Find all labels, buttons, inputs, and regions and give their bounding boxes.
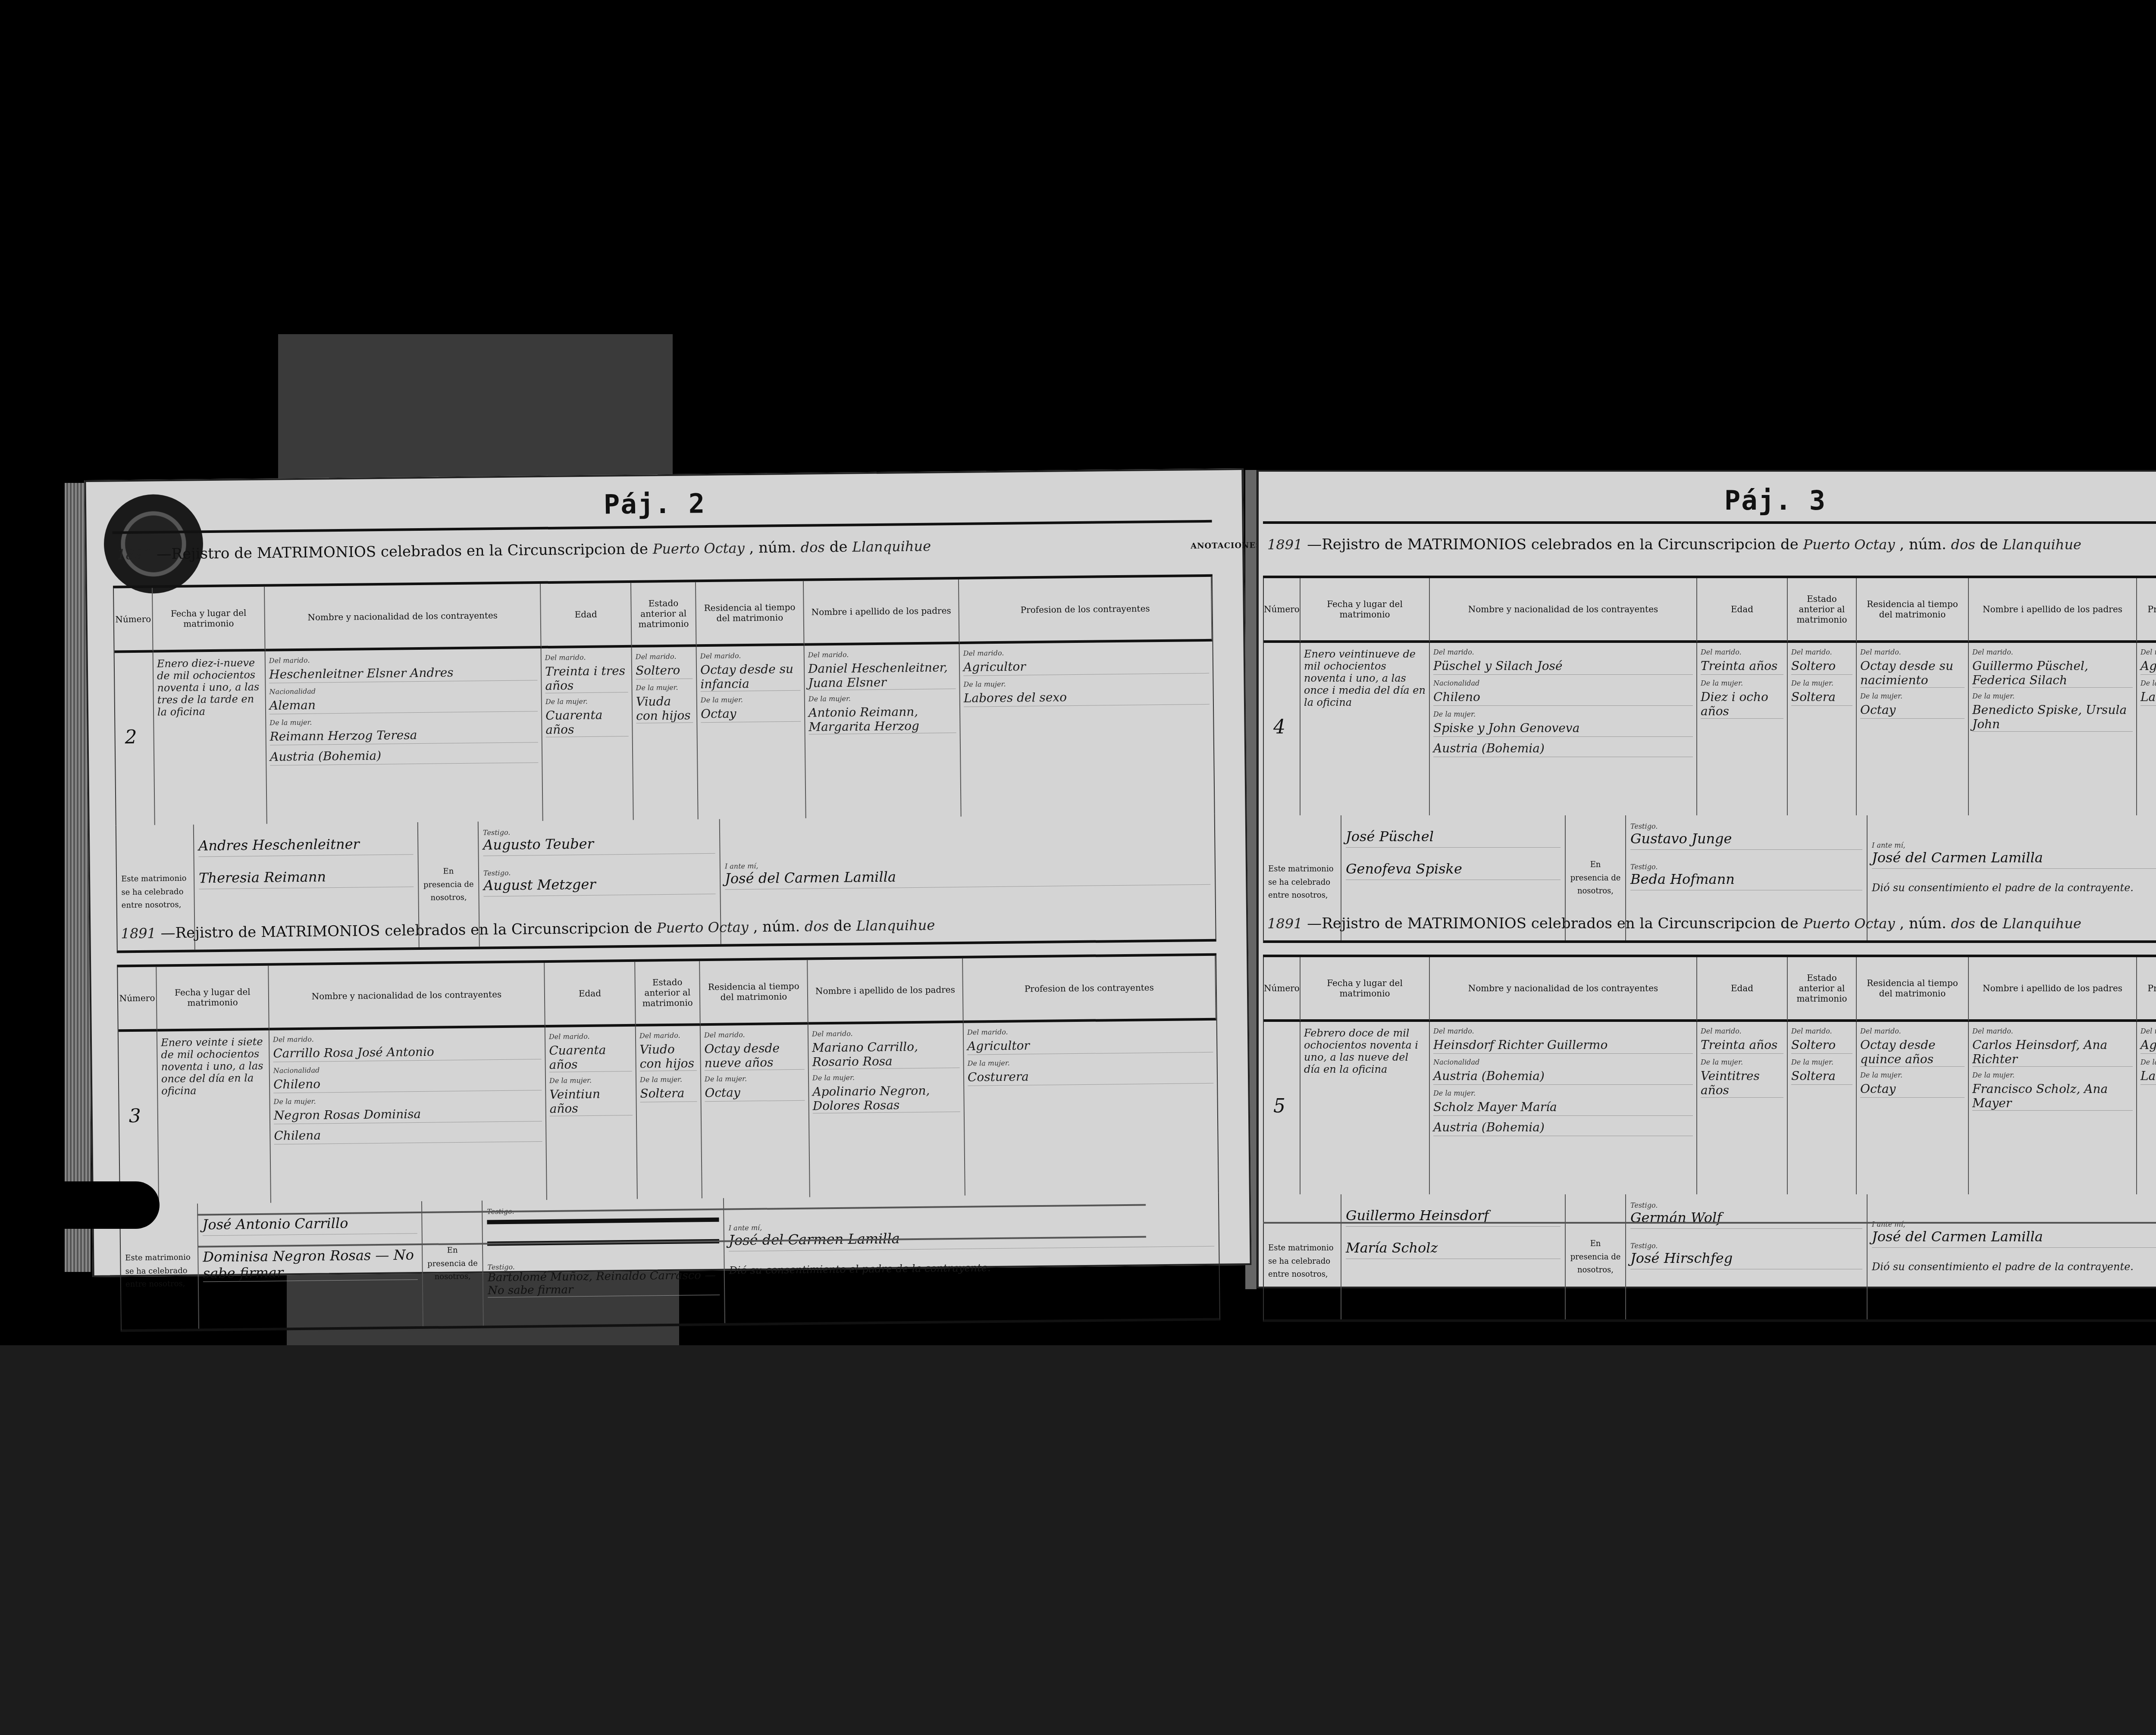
circunscripcion: Puerto Octay: [1803, 915, 1895, 932]
label-wife: De la mujer.: [273, 1095, 542, 1106]
witness-1: Gustavo Junge: [1630, 830, 1862, 850]
label-husband: Del marido.: [1791, 648, 1852, 656]
wife-parents: Antonio Reimann, Margarita Herzog: [808, 704, 956, 735]
label-wife: De la mujer.: [1972, 692, 2133, 700]
witness-2: August Metzger: [483, 875, 715, 897]
wife-name: Negron Rosas Dominisa: [274, 1106, 542, 1124]
label-husband: Del marido.: [1701, 1027, 1783, 1035]
label-witness: Testigo.: [1630, 822, 1862, 830]
cell-edad: Del marido. Treinta años De la mujer. Di…: [1697, 643, 1788, 815]
wife-residence: Octay: [1860, 703, 1965, 719]
col-header-estado: Estado anterior al matrimonio: [631, 582, 697, 648]
label-husband: Del marido.: [1972, 648, 2133, 656]
label-husband: Del marido.: [1433, 648, 1693, 656]
label-husband: Del marido.: [2140, 648, 2156, 656]
cell-residencia: Del marido. Octay desde quince años De l…: [1857, 1022, 1969, 1194]
num-label: , núm.: [753, 918, 800, 936]
de-label: de: [834, 918, 852, 935]
col-header-profesion: Profesion de los contrayentes: [2137, 957, 2156, 1022]
col-header-nombre: Nombre y nacionalidad de los contrayente…: [265, 584, 542, 651]
department: Llanquihue: [2002, 915, 2081, 932]
page-footer-rule: [1263, 1222, 2156, 1232]
husband-status: Soltero: [1791, 1038, 1852, 1054]
label-witness: Testigo.: [1630, 1201, 1862, 1209]
col-header-nombre: Nombre y nacionalidad de los contrayente…: [1430, 957, 1697, 1022]
col-header-residencia: Residencia al tiempo del matrimonio: [696, 581, 805, 647]
label-husband: Del marido.: [639, 1031, 696, 1040]
cell-numero: 4: [1264, 643, 1300, 815]
department: Llanquihue: [852, 538, 931, 555]
cell-profesion: Del marido. Agricultor De la mujer. Labo…: [2137, 1022, 2156, 1194]
label-wife: De la mujer.: [1791, 1058, 1852, 1066]
label-husband: Del marido.: [1860, 1027, 1965, 1035]
cell-residencia: Del marido. Octay desde su nacimiento De…: [1857, 643, 1969, 815]
husband-nationality: Austria (Bohemia): [1433, 1069, 1693, 1085]
label-witness: Testigo.: [1630, 1242, 1862, 1250]
label-husband: Del marido.: [1972, 1027, 2133, 1035]
marriage-entry: 1891 —Rejistro de MATRIMONIOS celebrados…: [116, 902, 1220, 1332]
cell-profesion: Del marido. Agricultor De la mujer. Cost…: [964, 1021, 1218, 1196]
entry-table: Número Fecha y lugar del matrimonio Nomb…: [117, 956, 1219, 1205]
col-header-padres: Nombre i apellido de los padres: [808, 958, 964, 1025]
label-wife: De la mujer.: [269, 716, 538, 727]
entry-header: 1891 —Rejistro de MATRIMONIOS celebrados…: [1263, 521, 2156, 578]
wife-nationality: Chilena: [274, 1126, 542, 1145]
wife-age: Diez i ocho años: [1701, 690, 1783, 719]
num-label: , núm.: [1899, 536, 1946, 553]
husband-age: Treinta años: [1701, 659, 1783, 675]
col-header-padres: Nombre i apellido de los padres: [1969, 578, 2137, 643]
cell-fecha: Enero diez-i-nueve de mil ochocientos no…: [154, 651, 267, 825]
wife-signature: Theresia Reimann: [199, 867, 414, 889]
label-husband: Del marido.: [700, 651, 800, 660]
label-nationality: Nacionalidad: [1433, 1058, 1693, 1066]
col-header-profesion: Profesion de los contrayentes: [963, 956, 1216, 1023]
label-husband: Del marido.: [545, 653, 628, 662]
wife-status: Viuda con hijos: [636, 694, 693, 723]
label-wife: De la mujer.: [701, 695, 801, 704]
husband-name: Carrillo Rosa José Antonio: [273, 1043, 541, 1062]
num-value: dos: [805, 918, 829, 935]
col-header-numero: Número: [1264, 957, 1300, 1022]
cell-estado: Del marido. Soltero De la mujer. Soltera: [1788, 1022, 1857, 1194]
label-before-me: I ante mí,: [1872, 841, 2156, 849]
cell-residencia: Del marido. Octay desde nueve años De la…: [701, 1025, 810, 1199]
entry-table: Número Fecha y lugar del matrimonio Nomb…: [1263, 578, 2156, 815]
husband-status: Soltero: [636, 663, 693, 679]
label-wife: De la mujer.: [808, 693, 956, 703]
num-value: dos: [1951, 915, 1975, 932]
label-wife: De la mujer.: [1972, 1071, 2133, 1079]
label-wife: De la mujer.: [636, 683, 693, 692]
wife-status: Soltera: [1791, 1069, 1852, 1085]
cell-estado: Del marido. Viudo con hijos De la mujer.…: [636, 1026, 702, 1199]
wife-parents: Francisco Scholz, Ana Mayer: [1972, 1082, 2133, 1111]
wife-status: Soltera: [640, 1086, 697, 1102]
husband-residence: Octay desde su infancia: [700, 662, 801, 692]
label-wife: De la mujer.: [812, 1072, 960, 1082]
spouse-signatures: Guillermo Heinsdorf María Scholz: [1341, 1194, 1566, 1319]
entry-year: 1891: [1267, 915, 1302, 932]
col-header-fecha: Fecha y lugar del matrimonio: [1300, 578, 1430, 643]
signature-row: Este matrimonio se ha celebrado entre no…: [1263, 1194, 2156, 1322]
husband-residence: Octay desde quince años: [1860, 1038, 1965, 1067]
col-header-estado: Estado anterior al matrimonio: [1788, 578, 1857, 643]
register-title: —Rejistro de MATRIMONIOS celebrados en l…: [160, 919, 652, 942]
cell-nombre: Del marido. Carrillo Rosa José Antonio N…: [269, 1027, 547, 1203]
cell-numero: 2: [115, 652, 155, 825]
cell-fecha: Enero veintinueve de mil ochocientos nov…: [1300, 643, 1430, 815]
husband-residence: Octay desde su nacimiento: [1860, 659, 1965, 688]
col-header-estado: Estado anterior al matrimonio: [635, 961, 701, 1027]
circunscripcion: Puerto Octay: [1803, 536, 1895, 553]
wife-name: Reimann Herzog Teresa: [269, 727, 538, 745]
cell-nombre: Del marido. Heschenleitner Elsner Andres…: [266, 648, 543, 824]
marriage-entry: 1891 —Rejistro de MATRIMONIOS celebrados…: [1263, 903, 2156, 1322]
page-number: Páj. 3: [1724, 485, 1826, 516]
background-card-top: [278, 334, 673, 481]
wife-signature: Genofeva Spiske: [1346, 861, 1561, 880]
husband-profession: Agricultor: [967, 1037, 1213, 1055]
de-label: de: [1980, 915, 1998, 932]
wife-age: Veintitres años: [1701, 1069, 1783, 1098]
cell-padres: Del marido. Guillermo Püschel, Federica …: [1969, 643, 2137, 815]
husband-profession: Agricultor: [2140, 1038, 2156, 1054]
label-husband: Del marido.: [2140, 1027, 2156, 1035]
wife-profession: Labores del sexo: [964, 689, 1210, 707]
cell-nombre: Del marido. Heinsdorf Richter Guillermo …: [1430, 1022, 1697, 1194]
label-wife: De la mujer.: [968, 1057, 1213, 1068]
husband-nationality: Aleman: [269, 695, 538, 714]
label-wife: De la mujer.: [1860, 692, 1965, 700]
label-nationality: Nacionalidad: [269, 685, 537, 696]
cell-edad: Del marido. Treinta años De la mujer. Ve…: [1697, 1022, 1788, 1194]
col-header-fecha: Fecha y lugar del matrimonio: [153, 587, 266, 653]
cell-padres: Del marido. Mariano Carrillo, Rosario Ro…: [808, 1023, 965, 1197]
marriage-entry: 1891 —Rejistro de MATRIMONIOS celebrados…: [113, 520, 1216, 953]
page-number: Páj. 2: [604, 488, 706, 520]
label-husband: Del marido.: [1860, 648, 1965, 656]
wife-nationality: Austria (Bohemia): [1433, 741, 1693, 757]
label-wife: De la mujer.: [1433, 1089, 1693, 1097]
cell-numero: 3: [119, 1031, 159, 1204]
husband-profession: Agricultor: [2140, 659, 2156, 675]
label-husband: Del marido.: [1791, 1027, 1852, 1035]
label-wife: De la mujer.: [640, 1075, 697, 1084]
entry-header: 1891 —Rejistro de MATRIMONIOS celebrados…: [113, 520, 1213, 589]
husband-status: Soltero: [1791, 659, 1852, 675]
col-header-padres: Nombre i apellido de los padres: [1969, 957, 2137, 1022]
col-header-estado: Estado anterior al matrimonio: [1788, 957, 1857, 1022]
cell-residencia: Del marido. Octay desde su infancia De l…: [697, 646, 806, 820]
label-husband: Del marido.: [636, 652, 693, 661]
officer-name: José del Carmen Lamilla: [1872, 849, 2156, 869]
label-husband: Del marido.: [967, 1026, 1213, 1037]
label-celebrated: Este matrimonio se ha celebrado entre no…: [1264, 1194, 1341, 1319]
department: Llanquihue: [2002, 536, 2081, 553]
husband-nationality: Chileno: [1433, 690, 1693, 706]
label-wife: De la mujer.: [1791, 679, 1852, 687]
register-title: —Rejistro de MATRIMONIOS celebrados en l…: [157, 540, 648, 563]
num-value: dos: [1951, 536, 1975, 553]
cell-edad: Del marido. Cuarenta años De la mujer. V…: [545, 1027, 638, 1200]
wife-residence: Octay: [701, 706, 801, 723]
witness-2: José Hirschfeg: [1630, 1250, 1862, 1269]
col-header-padres: Nombre i apellido de los padres: [804, 579, 960, 646]
register-title: —Rejistro de MATRIMONIOS celebrados en l…: [1307, 536, 1799, 553]
col-header-residencia: Residencia al tiempo del matrimonio: [700, 960, 808, 1026]
label-husband: Del marido.: [1433, 1027, 1693, 1035]
entry-number: 4: [1273, 716, 1285, 738]
label-husband: Del marido.: [963, 647, 1209, 658]
officer-signature: I ante mí, José del Carmen Lamilla Dió s…: [1868, 1194, 2156, 1319]
register-page-left: Páj. 2 ANOTACIONES 1891 —Rejistro de MAT…: [84, 468, 1251, 1277]
label-wife: De la mujer.: [549, 1076, 632, 1085]
husband-name: Püschel y Silach José: [1433, 659, 1693, 675]
cell-padres: Del marido. Daniel Heschenleitner, Juana…: [805, 644, 962, 818]
col-header-edad: Edad: [1697, 957, 1788, 1022]
col-header-numero: Número: [1264, 578, 1300, 643]
husband-parents: Daniel Heschenleitner, Juana Elsner: [808, 660, 956, 691]
cell-estado: Del marido. Soltero De la mujer. Viuda c…: [632, 647, 699, 820]
col-header-residencia: Residencia al tiempo del matrimonio: [1857, 578, 1969, 643]
date-place: Enero veinte i siete de mil ochocientos …: [161, 1036, 266, 1097]
wife-profession: Costurera: [968, 1068, 1213, 1086]
cell-edad: Del marido. Treinta i tres años De la mu…: [542, 648, 634, 821]
col-header-profesion: Profesion de los contrayentes: [2137, 578, 2156, 643]
cell-profesion: Del marido. Agricultor De la mujer. Labo…: [2137, 643, 2156, 815]
wife-status: Soltera: [1791, 690, 1852, 706]
date-place: Febrero doce de mil ochocientos noventa …: [1304, 1027, 1426, 1075]
wife-profession: Labores del sexo: [2140, 1069, 2156, 1085]
col-header-fecha: Fecha y lugar del matrimonio: [1300, 957, 1430, 1022]
wife-profession: Labores del sexo: [2140, 690, 2156, 706]
entry-table: Número Fecha y lugar del matrimonio Nomb…: [1263, 957, 2156, 1194]
label-husband: Del marido.: [273, 1033, 541, 1044]
entry-year: 1891: [117, 546, 152, 563]
husband-name: Heschenleitner Elsner Andres: [269, 664, 537, 683]
label-husband: Del marido.: [808, 649, 956, 659]
witness-signatures: Testigo. Germán Wolf Testigo. José Hirsc…: [1626, 1194, 1868, 1319]
label-wife: De la mujer.: [1433, 710, 1693, 718]
husband-profession: Agricultor: [963, 658, 1209, 676]
cell-profesion: Del marido. Agricultor De la mujer. Labo…: [959, 642, 1214, 817]
circunscripcion: Puerto Octay: [653, 540, 745, 557]
col-header-nombre: Nombre y nacionalidad de los contrayente…: [269, 963, 545, 1030]
cell-nombre: Del marido. Püschel y Silach José Nacion…: [1430, 643, 1697, 815]
wife-nationality: Austria (Bohemia): [270, 747, 538, 766]
label-wife: De la mujer.: [1701, 679, 1783, 687]
col-header-numero: Número: [114, 588, 154, 653]
label-nationality: Nacionalidad: [1433, 679, 1693, 687]
cell-fecha: Febrero doce de mil ochocientos noventa …: [1300, 1022, 1430, 1194]
wife-age: Cuarenta años: [545, 708, 629, 737]
de-label: de: [829, 539, 847, 556]
label-wife: De la mujer.: [2140, 679, 2156, 687]
label-husband: Del marido.: [1701, 648, 1783, 656]
husband-age: Treinta i tres años: [545, 664, 628, 693]
entry-year: 1891: [1267, 536, 1302, 553]
cell-estado: Del marido. Soltero De la mujer. Soltera: [1788, 643, 1857, 815]
wife-residence: Octay: [705, 1085, 805, 1102]
label-witness: Testigo.: [1630, 863, 1862, 871]
label-wife: De la mujer.: [1701, 1058, 1783, 1066]
col-header-edad: Edad: [1697, 578, 1788, 643]
husband-parents: Carlos Heinsdorf, Ana Richter: [1972, 1038, 2133, 1067]
num-label: , núm.: [1899, 915, 1946, 932]
husband-age: Cuarenta años: [549, 1043, 632, 1072]
num-value: dos: [801, 539, 825, 556]
husband-nationality: Chileno: [273, 1074, 542, 1093]
husband-parents: Mariano Carrillo, Rosario Rosa: [812, 1039, 960, 1070]
entry-number: 5: [1273, 1095, 1285, 1117]
cell-numero: 5: [1264, 1022, 1300, 1194]
date-place: Enero diez-i-nueve de mil ochocientos no…: [157, 657, 262, 718]
label-husband: Del marido.: [704, 1030, 804, 1039]
entry-year: 1891: [121, 925, 156, 942]
label-wife: De la mujer.: [545, 697, 628, 706]
register-title: —Rejistro de MATRIMONIOS celebrados en l…: [1307, 915, 1799, 932]
wife-name: Spiske y John Genoveva: [1433, 721, 1693, 737]
husband-residence: Octay desde nueve años: [704, 1041, 805, 1071]
page-clip-left: [65, 1181, 160, 1229]
husband-signature: Andres Heschenleitner: [198, 835, 413, 857]
cell-padres: Del marido. Carlos Heinsdorf, Ana Richte…: [1969, 1022, 2137, 1194]
label-wife: De la mujer.: [705, 1074, 805, 1083]
label-husband: Del marido.: [812, 1028, 959, 1038]
de-label: de: [1980, 536, 1998, 553]
wife-age: Veintiun años: [549, 1087, 633, 1116]
register-page-right: Páj. 3 ANOTACIONES 1891 —Rejistro de MAT…: [1257, 470, 2156, 1288]
col-header-numero: Número: [118, 967, 157, 1032]
num-label: , núm.: [749, 539, 796, 557]
col-header-nombre: Nombre y nacionalidad de los contrayente…: [1430, 578, 1697, 643]
col-header-profesion: Profesion de los contrayentes: [959, 577, 1213, 644]
husband-age: Treinta años: [1701, 1038, 1783, 1054]
cell-fecha: Enero veinte i siete de mil ochocientos …: [157, 1030, 271, 1204]
department: Llanquihue: [856, 917, 935, 934]
wife-signature: Dominisa Negron Rosas — No sabe firmar: [203, 1246, 418, 1282]
entry-number: 2: [125, 726, 137, 748]
label-husband: Del marido.: [269, 654, 537, 665]
witness-2: Beda Hofmann: [1630, 871, 1862, 890]
background-cloth: [0, 1345, 2156, 1735]
entry-number: 3: [129, 1105, 141, 1127]
witness-1: Augusto Teuber: [483, 834, 715, 856]
husband-parents: Guillermo Püschel, Federica Silach: [1972, 659, 2133, 688]
marriage-entry: 1891 —Rejistro de MATRIMONIOS celebrados…: [1263, 521, 2156, 943]
label-wife: De la mujer.: [2140, 1058, 2156, 1066]
wife-parents: Apolinario Negron, Dolores Rosas: [812, 1083, 960, 1114]
entry-table: Número Fecha y lugar del matrimonio Nomb…: [113, 577, 1215, 826]
col-header-edad: Edad: [545, 962, 636, 1027]
officer-note: Dió su consentimiento el padre de la con…: [1872, 1261, 2156, 1276]
col-header-edad: Edad: [541, 583, 632, 648]
label-wife: De la mujer.: [963, 678, 1209, 689]
wife-name: Scholz Mayer María: [1433, 1100, 1693, 1116]
husband-signature: José Püschel: [1346, 828, 1561, 848]
col-header-fecha: Fecha y lugar del matrimonio: [157, 966, 269, 1032]
officer-note: Dió su consentimiento el padre de la con…: [1872, 882, 2156, 897]
officer-note: Dió su consentimiento el padre de la con…: [729, 1259, 1215, 1280]
label-nationality: Nacionalidad: [273, 1064, 542, 1075]
label-presence: En presencia de nosotros,: [1566, 1194, 1626, 1319]
wife-residence: Octay: [1860, 1082, 1965, 1098]
label-husband: Del marido.: [549, 1032, 632, 1041]
date-place: Enero veintinueve de mil ochocientos nov…: [1304, 648, 1426, 708]
wife-signature: María Scholz: [1346, 1240, 1561, 1259]
husband-status: Viudo con hijos: [639, 1042, 697, 1071]
wife-parents: Benedicto Spiske, Ursula John: [1972, 703, 2133, 732]
circunscripcion: Puerto Octay: [657, 919, 749, 936]
label-wife: De la mujer.: [1860, 1071, 1965, 1079]
witness-2: Bartolomé Muñoz, Reinaldo Carrasco — No …: [488, 1269, 720, 1298]
wife-nationality: Austria (Bohemia): [1433, 1120, 1693, 1136]
husband-name: Heinsdorf Richter Guillermo: [1433, 1038, 1693, 1054]
entry-header: 1891 —Rejistro de MATRIMONIOS celebrados…: [1263, 903, 2156, 957]
col-header-residencia: Residencia al tiempo del matrimonio: [1857, 957, 1969, 1022]
